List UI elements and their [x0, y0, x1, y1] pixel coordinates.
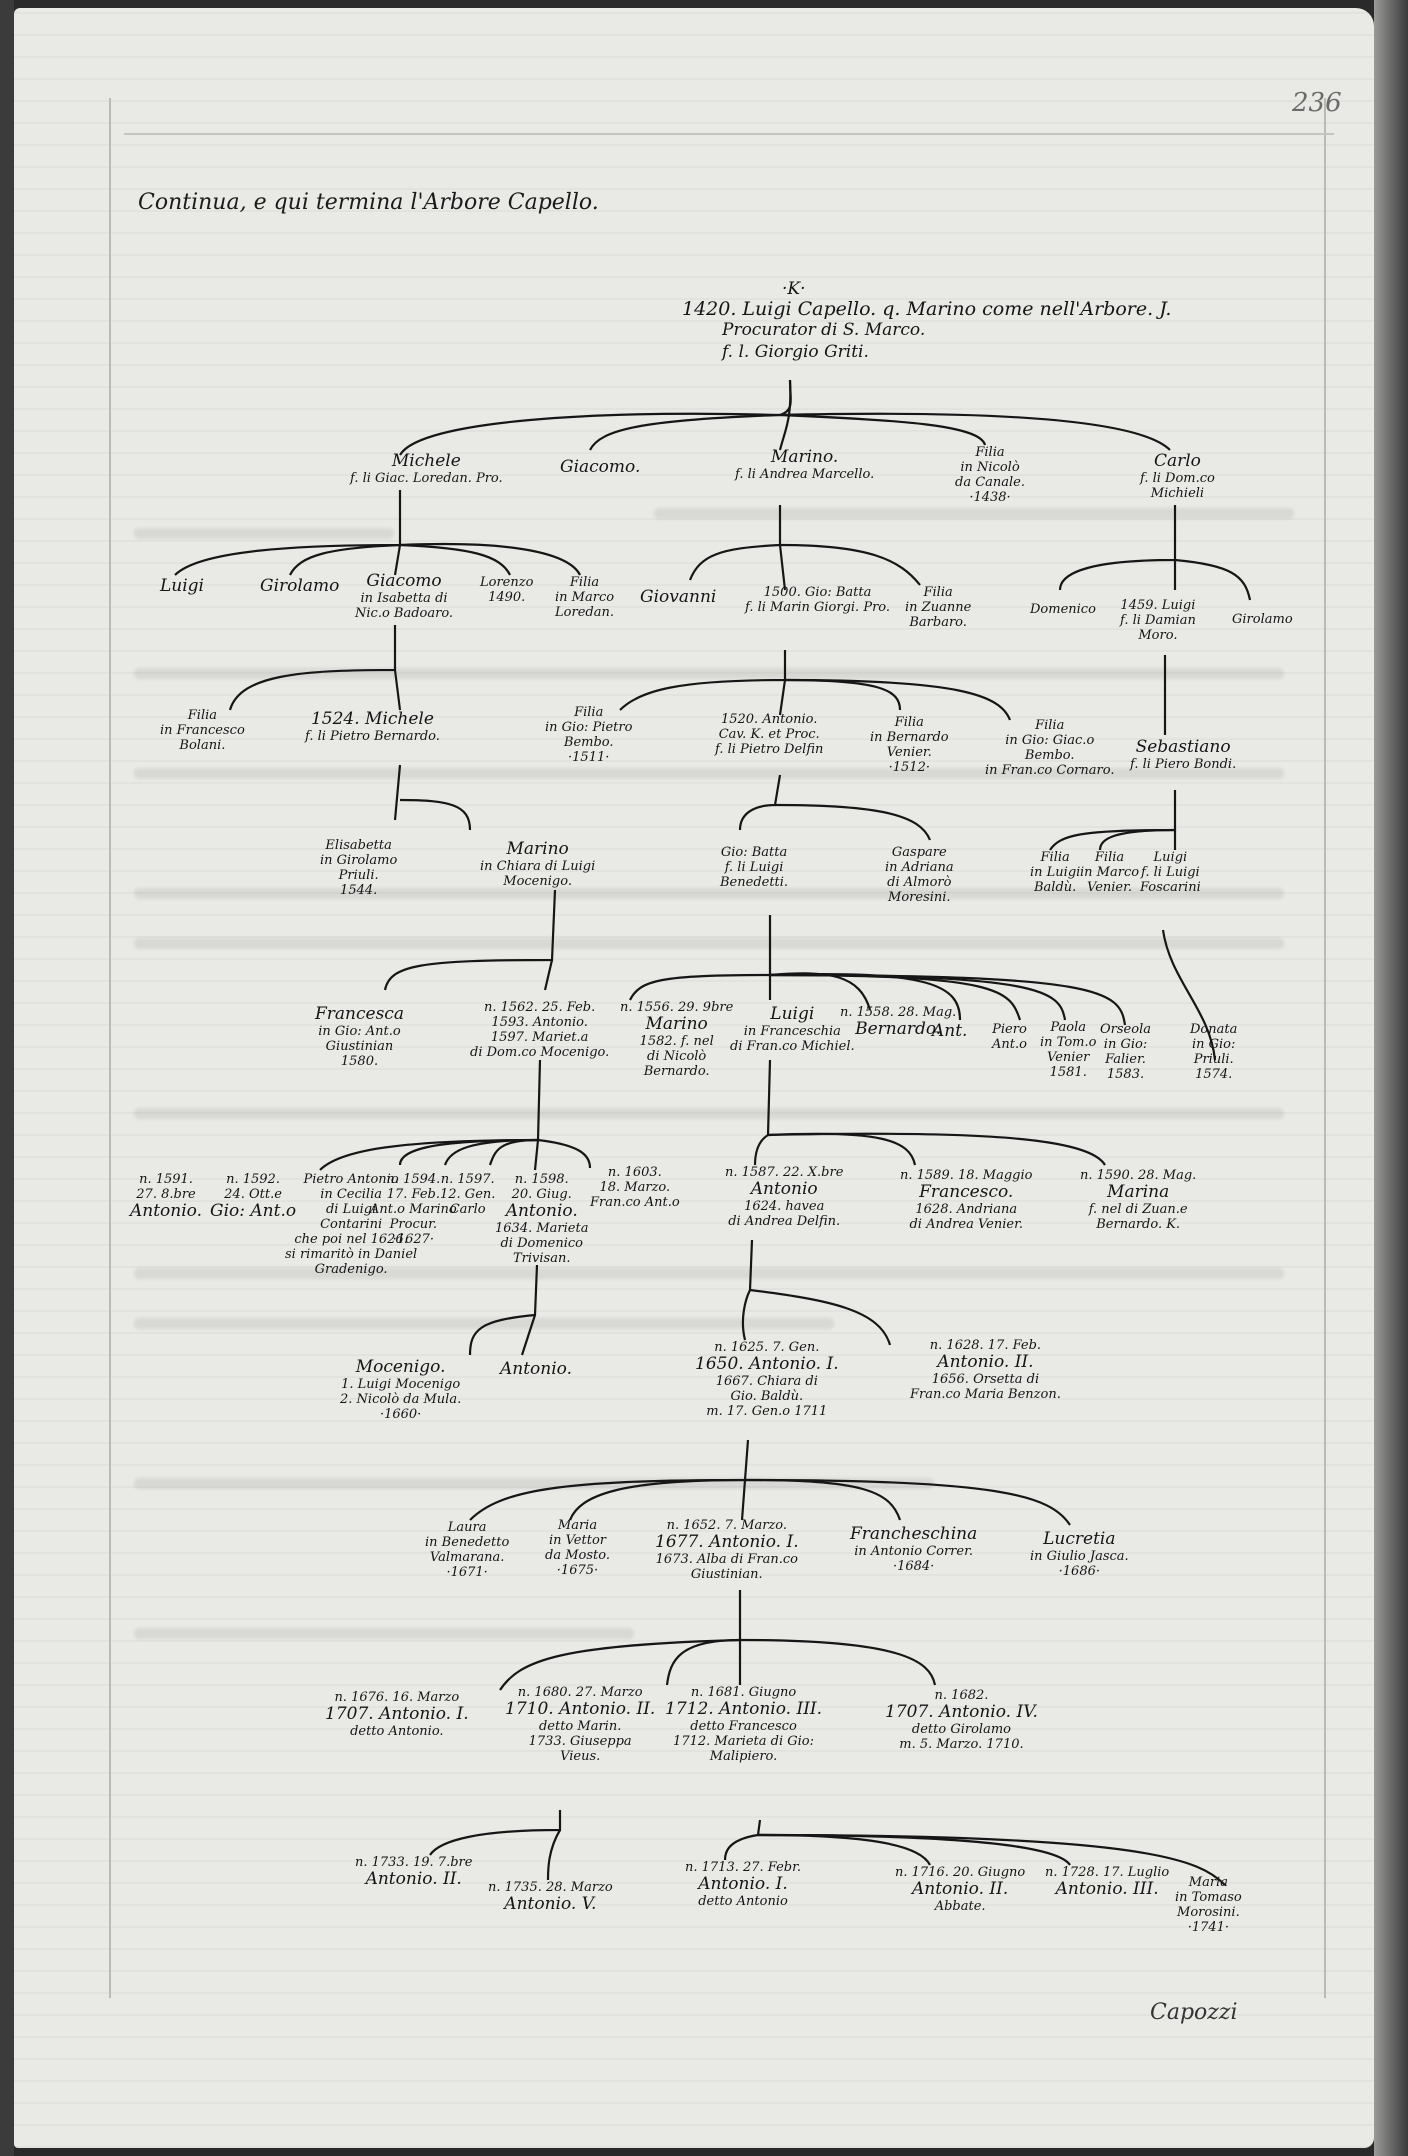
person-detail: n. 1592. — [210, 1172, 296, 1187]
person-detail: Priuli. — [320, 868, 397, 883]
person-name: Antonio. I. — [685, 1875, 801, 1894]
person-detail: Bembo. — [545, 735, 632, 750]
margin-rule-left — [109, 98, 111, 1998]
person-detail: ·1660· — [340, 1407, 461, 1422]
person-detail: in Francesco — [160, 723, 245, 738]
person-name: Antonio. — [500, 1360, 572, 1379]
person-detail: 1628. Andriana — [900, 1202, 1032, 1217]
bleed-through-text — [134, 1318, 834, 1329]
root-line: Procurator di S. Marco. — [682, 319, 1171, 341]
person-detail: Gradenigo. — [285, 1262, 417, 1277]
person-detail: da Mosto. — [545, 1548, 610, 1563]
person-node: Filiain BernardoVenier.·1512· — [870, 715, 949, 775]
person-detail: Bernardo. K. — [1080, 1217, 1196, 1232]
person-detail: ·1686· — [1030, 1564, 1129, 1579]
person-name: 1712. Antonio. III. — [665, 1700, 822, 1719]
person-detail: da Canale. — [955, 475, 1025, 490]
person-detail: Giustinian. — [655, 1567, 799, 1582]
person-node: Girolamo — [1232, 612, 1293, 627]
person-node: Mariain TomasoMorosini.·1741· — [1175, 1875, 1242, 1935]
person-node: Filiain Gio: PietroBembo.·1511· — [545, 705, 632, 765]
person-name: Mocenigo. — [340, 1358, 461, 1377]
person-detail: n. 1591. — [130, 1172, 202, 1187]
person-detail: Bernardo. — [620, 1064, 733, 1079]
person-detail: n. 1598. — [495, 1172, 588, 1187]
page-number: 236 — [1292, 88, 1342, 118]
person-detail: f. nel di Zuan.e — [1080, 1202, 1196, 1217]
person-name: Laura — [425, 1520, 509, 1535]
person-detail: n. 1603. — [590, 1165, 680, 1180]
person-name: Filia — [985, 718, 1114, 733]
person-node: n. 1625. 7. Gen.1650. Antonio. I.1667. C… — [695, 1340, 839, 1419]
person-node: 1524. Michelef. li Pietro Bernardo. — [305, 710, 440, 744]
person-detail: 1624. havea — [725, 1199, 843, 1214]
person-detail: in Gio: — [1100, 1037, 1151, 1052]
person-detail: 1673. Alba di Fran.co — [655, 1552, 799, 1567]
person-node: Francheschinain Antonio Correr.·1684· — [850, 1525, 977, 1574]
person-node: Luigif. li LuigiFoscarini — [1140, 850, 1201, 895]
person-name: Marino — [620, 1015, 733, 1034]
person-detail: f. li Piero Bondi. — [1130, 757, 1236, 772]
person-name: Girolamo — [260, 577, 339, 596]
person-node: Domenico — [1030, 602, 1096, 617]
scan-left-edge — [0, 0, 14, 2156]
person-detail: in Chiara di Luigi — [480, 859, 595, 874]
person-detail: 2. Nicolò da Mula. — [340, 1392, 461, 1407]
person-name: Gaspare — [885, 845, 954, 860]
bleed-through-text — [134, 1478, 934, 1489]
person-detail: Michieli — [1140, 486, 1215, 501]
person-detail: n. 1735. 28. Marzo — [488, 1880, 613, 1895]
person-detail: 1574. — [1190, 1067, 1237, 1082]
person-detail: 24. Ott.e — [210, 1187, 296, 1202]
person-detail: 1733. Giuseppa — [505, 1734, 655, 1749]
person-node: Orseolain Gio:Falier.1583. — [1100, 1022, 1151, 1082]
person-detail: 1582. f. nel — [620, 1034, 733, 1049]
person-name: 1677. Antonio. I. — [655, 1533, 799, 1552]
person-detail: Priuli. — [1190, 1052, 1237, 1067]
person-detail: n. 1713. 27. Febr. — [685, 1860, 801, 1875]
person-detail: in Adriana — [885, 860, 954, 875]
person-detail: in Fran.co Cornaro. — [985, 763, 1114, 778]
person-node: Filiain Nicolòda Canale.·1438· — [955, 445, 1025, 505]
person-name: Sebastiano — [1130, 738, 1236, 757]
person-detail: n. 1680. 27. Marzo — [505, 1685, 655, 1700]
person-detail: in Nicolò — [955, 460, 1025, 475]
person-detail: 1544. — [320, 883, 397, 898]
person-node: Elisabettain GirolamoPriuli.1544. — [320, 838, 397, 898]
person-detail: 12. Gen. — [440, 1187, 495, 1202]
person-name: Francesco. — [900, 1183, 1032, 1202]
person-name: Lucretia — [1030, 1530, 1129, 1549]
person-detail: di Domenico — [495, 1236, 588, 1251]
person-detail: Baldù. — [1030, 880, 1080, 895]
person-detail: f. li Andrea Marcello. — [735, 467, 874, 482]
person-node: n. 1735. 28. MarzoAntonio. V. — [488, 1880, 613, 1914]
person-detail: detto Antonio. — [325, 1724, 469, 1739]
person-detail: f. li Luigi — [1140, 865, 1201, 880]
person-detail: 18. Marzo. — [590, 1180, 680, 1195]
person-detail: in Bernardo — [870, 730, 949, 745]
person-detail: 1597. Mariet.a — [470, 1030, 609, 1045]
person-node: Lorenzo1490. — [480, 575, 533, 605]
person-detail: n. 1681. Giugno — [665, 1685, 822, 1700]
person-detail: Valmarana. — [425, 1550, 509, 1565]
person-detail: Gio. Baldù. — [695, 1389, 839, 1404]
person-detail: ·1671· — [425, 1565, 509, 1580]
person-node: Marino.f. li Andrea Marcello. — [735, 448, 874, 482]
person-detail: n. 1682. — [885, 1688, 1038, 1703]
person-node: n. 1733. 19. 7.breAntonio. II. — [355, 1855, 472, 1889]
person-detail: Loredan. — [555, 605, 614, 620]
bleed-through-text — [134, 668, 1284, 679]
person-node: Francescain Gio: Ant.oGiustinian1580. — [315, 1005, 404, 1069]
person-detail: 1580. — [315, 1054, 404, 1069]
person-detail: n. 1652. 7. Marzo. — [655, 1518, 799, 1533]
person-name: Donata — [1190, 1022, 1237, 1037]
person-name: Carlo — [440, 1202, 495, 1217]
person-name: 1524. Michele — [305, 710, 440, 729]
person-detail: in Tomaso — [1175, 1890, 1242, 1905]
person-node: n. 1591.27. 8.breAntonio. — [130, 1172, 202, 1221]
person-detail: Fran.co Maria Benzon. — [910, 1387, 1061, 1402]
person-detail: n. 1625. 7. Gen. — [695, 1340, 839, 1355]
person-name: Carlo — [1140, 452, 1215, 471]
person-name: Luigi — [160, 577, 204, 596]
person-node: n. 1587. 22. X.breAntonio1624. haveadi A… — [725, 1165, 843, 1229]
root-mark: ·K· — [682, 278, 1171, 300]
person-name: Lorenzo — [480, 575, 533, 590]
person-name: Francheschina — [850, 1525, 977, 1544]
person-node: n. 1728. 17. LuglioAntonio. III. — [1045, 1865, 1169, 1899]
person-detail: n. 1589. 18. Maggio — [900, 1168, 1032, 1183]
person-name: Luigi — [1140, 850, 1201, 865]
person-detail: 1490. — [480, 590, 533, 605]
person-node: Giacomoin Isabetta diNic.o Badoaro. — [355, 572, 453, 621]
margin-rule-right — [1324, 98, 1326, 1998]
person-detail: ·1511· — [545, 750, 632, 765]
person-node: Mocenigo.1. Luigi Mocenigo2. Nicolò da M… — [340, 1358, 461, 1422]
person-detail: n. 1558. 28. Mag. — [840, 1005, 956, 1020]
person-node: n. 1598.20. Giug.Antonio.1634. Marietadi… — [495, 1172, 588, 1266]
person-name: 1520. Antonio. — [715, 712, 823, 727]
person-detail: in Gio: Pietro — [545, 720, 632, 735]
person-detail: in Gio: Ant.o — [315, 1024, 404, 1039]
person-node: n. 1590. 28. Mag.Marinaf. nel di Zuan.eB… — [1080, 1168, 1196, 1232]
person-node: n. 1681. Giugno1712. Antonio. III.detto … — [665, 1685, 822, 1764]
person-detail: Ant.o — [992, 1037, 1027, 1052]
person-node: Giovanni — [640, 588, 716, 607]
person-name: Filia — [905, 585, 971, 600]
person-name: 1710. Antonio. II. — [505, 1700, 655, 1719]
person-node: 1459. Luigif. li DamianMoro. — [1120, 598, 1196, 643]
person-detail: in Luigi — [1030, 865, 1080, 880]
bleed-through-text — [134, 1108, 1284, 1119]
person-detail: in Marco — [1080, 865, 1139, 880]
person-name: Francesca — [315, 1005, 404, 1024]
person-name: Elisabetta — [320, 838, 397, 853]
person-node: PieroAnt.o — [992, 1022, 1027, 1052]
bleed-through-text — [134, 1628, 634, 1639]
person-node: n. 1562. 25. Feb.1593. Antonio.1597. Mar… — [470, 1000, 609, 1060]
person-detail: n. 1587. 22. X.bre — [725, 1165, 843, 1180]
person-node: Luigiin Franceschiadi Fran.co Michiel. — [730, 1005, 855, 1054]
person-name: Domenico — [1030, 602, 1096, 617]
person-node: Donatain Gio:Priuli.1574. — [1190, 1022, 1237, 1082]
person-node: Antonio. — [500, 1360, 572, 1379]
person-detail: in Gio: Giac.o — [985, 733, 1114, 748]
person-detail: Barbaro. — [905, 615, 971, 630]
person-detail: 1712. Marieta di Gio: — [665, 1734, 822, 1749]
person-detail: n. 1676. 16. Marzo — [325, 1690, 469, 1705]
person-detail: Abbate. — [895, 1899, 1025, 1914]
person-node: n. 1592.24. Ott.eGio: Ant.o — [210, 1172, 296, 1221]
person-detail: n. 1628. 17. Feb. — [910, 1338, 1061, 1353]
person-detail: in Giulio Jasca. — [1030, 1549, 1129, 1564]
person-detail: ·1627· — [370, 1232, 457, 1247]
person-name: Gio: Ant.o — [210, 1202, 296, 1221]
person-detail: Vieus. — [505, 1749, 655, 1764]
person-detail: di Fran.co Michiel. — [730, 1039, 855, 1054]
person-detail: detto Girolamo — [885, 1722, 1038, 1737]
person-name: Filia — [955, 445, 1025, 460]
person-detail: n. 1562. 25. Feb. — [470, 1000, 609, 1015]
person-detail: 1583. — [1100, 1067, 1151, 1082]
person-name: Girolamo — [1232, 612, 1293, 627]
person-node: n. 1603.18. Marzo.Fran.co Ant.o — [590, 1165, 680, 1210]
person-detail: n. 1716. 20. Giugno — [895, 1865, 1025, 1880]
person-name: Marino — [480, 840, 595, 859]
archivist-signature: Capozzi — [1150, 2000, 1238, 2025]
person-node: Ant. — [932, 1022, 967, 1041]
person-detail: Benedetti. — [720, 875, 788, 890]
person-detail: in Zuanne — [905, 600, 971, 615]
person-detail: in Franceschia — [730, 1024, 855, 1039]
person-detail: in Girolamo — [320, 853, 397, 868]
person-node: Gio: Battaf. li LuigiBenedetti. — [720, 845, 788, 890]
person-detail: in Antonio Correr. — [850, 1544, 977, 1559]
margin-rule-top — [124, 133, 1334, 135]
person-name: Antonio. — [495, 1202, 588, 1221]
person-name: 1500. Gio: Batta — [745, 585, 890, 600]
person-detail: ·1438· — [955, 490, 1025, 505]
person-node: Filiain LuigiBaldù. — [1030, 850, 1080, 895]
person-detail: Morosini. — [1175, 1905, 1242, 1920]
person-name: Filia — [545, 705, 632, 720]
person-node: Mariain Vettorda Mosto.·1675· — [545, 1518, 610, 1578]
scan-right-edge — [1374, 0, 1408, 2156]
person-detail: in Benedetto — [425, 1535, 509, 1550]
person-detail: ·1684· — [850, 1559, 977, 1574]
person-node: 1500. Gio: Battaf. li Marin Giorgi. Pro. — [745, 585, 890, 615]
person-detail: n. 1556. 29. 9bre — [620, 1000, 733, 1015]
person-node: n. 1597.12. Gen.Carlo — [440, 1172, 495, 1217]
person-node: Girolamo — [260, 577, 339, 596]
person-name: Antonio. II. — [355, 1870, 472, 1889]
person-node: Filiain MarcoVenier. — [1080, 850, 1139, 895]
person-node: Paolain Tom.oVenier1581. — [1040, 1020, 1096, 1080]
person-name: Maria — [545, 1518, 610, 1533]
person-name: 1707. Antonio. I. — [325, 1705, 469, 1724]
person-node: n. 1628. 17. Feb.Antonio. II.1656. Orset… — [910, 1338, 1061, 1402]
person-name: Marino. — [735, 448, 874, 467]
person-name: Giacomo — [355, 572, 453, 591]
person-detail: in Gio: — [1190, 1037, 1237, 1052]
person-node: Lucretiain Giulio Jasca.·1686· — [1030, 1530, 1129, 1579]
person-detail: Venier. — [1080, 880, 1139, 895]
person-node: Filiain Gio: Giac.oBembo.in Fran.co Corn… — [985, 718, 1114, 778]
person-detail: 1593. Antonio. — [470, 1015, 609, 1030]
person-detail: f. li Damian — [1120, 613, 1196, 628]
person-name: Giacomo. — [560, 458, 640, 477]
person-detail: in Vettor — [545, 1533, 610, 1548]
person-name: Giovanni — [640, 588, 716, 607]
person-detail: si rimaritò in Daniel — [285, 1247, 417, 1262]
person-name: Antonio — [725, 1180, 843, 1199]
person-name: Antonio. II. — [910, 1353, 1061, 1372]
person-detail: di Andrea Venier. — [900, 1217, 1032, 1232]
person-name: Filia — [1080, 850, 1139, 865]
person-detail: f. li Pietro Bernardo. — [305, 729, 440, 744]
person-name: Filia — [870, 715, 949, 730]
person-detail: Moro. — [1120, 628, 1196, 643]
person-node: n. 1676. 16. Marzo1707. Antonio. I.detto… — [325, 1690, 469, 1739]
person-detail: ·1741· — [1175, 1920, 1242, 1935]
person-detail: n. 1733. 19. 7.bre — [355, 1855, 472, 1870]
person-node: Filiain MarcoLoredan. — [555, 575, 614, 620]
person-node: Filiain ZuanneBarbaro. — [905, 585, 971, 630]
person-detail: Nic.o Badoaro. — [355, 606, 453, 621]
person-detail: detto Francesco — [665, 1719, 822, 1734]
person-name: Marina — [1080, 1183, 1196, 1202]
person-node: Gasparein Adrianadi AlmoròMoresini. — [885, 845, 954, 905]
person-detail: n. 1597. — [440, 1172, 495, 1187]
root-node-luigi-capello: ·K· 1420. Luigi Capello. q. Marino come … — [682, 278, 1171, 363]
person-name: Antonio. V. — [488, 1895, 613, 1914]
person-detail: Procur. — [370, 1217, 457, 1232]
person-detail: Venier — [1040, 1050, 1096, 1065]
person-detail: di Dom.co Mocenigo. — [470, 1045, 609, 1060]
root-line: f. l. Giorgio Griti. — [682, 341, 1171, 363]
person-detail: di Almorò — [885, 875, 954, 890]
person-node: Luigi — [160, 577, 204, 596]
person-detail: di Nicolò — [620, 1049, 733, 1064]
bleed-through-text — [654, 508, 1294, 519]
person-node: Sebastianof. li Piero Bondi. — [1130, 738, 1236, 772]
person-name: Paola — [1040, 1020, 1096, 1035]
page-heading: Continua, e qui termina l'Arbore Capello… — [138, 190, 599, 215]
person-node: Laurain BenedettoValmarana.·1671· — [425, 1520, 509, 1580]
person-detail: f. li Pietro Delfin — [715, 742, 823, 757]
person-detail: Venier. — [870, 745, 949, 760]
person-name: Filia — [555, 575, 614, 590]
person-detail: Falier. — [1100, 1052, 1151, 1067]
person-node: n. 1556. 29. 9breMarino1582. f. neldi Ni… — [620, 1000, 733, 1079]
person-detail: 1. Luigi Mocenigo — [340, 1377, 461, 1392]
person-node: Filiain FrancescoBolani. — [160, 708, 245, 753]
person-name: Antonio. II. — [895, 1880, 1025, 1899]
person-name: Michele — [350, 452, 503, 471]
person-detail: 1667. Chiara di — [695, 1374, 839, 1389]
person-detail: in Marco — [555, 590, 614, 605]
person-detail: Bembo. — [985, 748, 1114, 763]
person-detail: 27. 8.bre — [130, 1187, 202, 1202]
person-detail: Foscarini — [1140, 880, 1201, 895]
person-detail: n. 1728. 17. Luglio — [1045, 1865, 1169, 1880]
person-node: Carlof. li Dom.coMichieli — [1140, 452, 1215, 501]
person-name: Ant. — [932, 1022, 967, 1041]
person-name: 1459. Luigi — [1120, 598, 1196, 613]
root-line: 1420. Luigi Capello. q. Marino come nell… — [682, 300, 1171, 319]
person-node: n. 1680. 27. Marzo1710. Antonio. II.dett… — [505, 1685, 655, 1764]
person-detail: f. li Marin Giorgi. Pro. — [745, 600, 890, 615]
person-detail: f. li Dom.co — [1140, 471, 1215, 486]
person-node: Giacomo. — [560, 458, 640, 477]
person-name: Fran.co Ant.o — [590, 1195, 680, 1210]
person-node: Marinoin Chiara di LuigiMocenigo. — [480, 840, 595, 889]
person-detail: n. 1590. 28. Mag. — [1080, 1168, 1196, 1183]
person-node: n. 1652. 7. Marzo.1677. Antonio. I.1673.… — [655, 1518, 799, 1582]
person-name: 1650. Antonio. I. — [695, 1355, 839, 1374]
person-detail: in Tom.o — [1040, 1035, 1096, 1050]
person-detail: m. 17. Gen.o 1711 — [695, 1404, 839, 1419]
person-detail: di Andrea Delfin. — [725, 1214, 843, 1229]
person-name: Piero — [992, 1022, 1027, 1037]
person-detail: 20. Giug. — [495, 1187, 588, 1202]
person-detail: Giustinian — [315, 1039, 404, 1054]
bleed-through-text — [134, 938, 1284, 949]
person-detail: 1581. — [1040, 1065, 1096, 1080]
person-node: n. 1716. 20. GiugnoAntonio. II.Abbate. — [895, 1865, 1025, 1914]
person-name: 1707. Antonio. IV. — [885, 1703, 1038, 1722]
person-detail: detto Marin. — [505, 1719, 655, 1734]
person-name: Filia — [1030, 850, 1080, 865]
person-name: Antonio. — [130, 1202, 202, 1221]
person-detail: f. li Luigi — [720, 860, 788, 875]
person-name: Antonio. III. — [1045, 1880, 1169, 1899]
person-name: Luigi — [730, 1005, 855, 1024]
person-name: Gio: Batta — [720, 845, 788, 860]
person-node: Michelef. li Giac. Loredan. Pro. — [350, 452, 503, 486]
person-detail: Bolani. — [160, 738, 245, 753]
person-detail: Malipiero. — [665, 1749, 822, 1764]
person-node: n. 1713. 27. Febr.Antonio. I.detto Anton… — [685, 1860, 801, 1909]
person-detail: 1656. Orsetta di — [910, 1372, 1061, 1387]
person-detail: in Isabetta di — [355, 591, 453, 606]
person-name: Filia — [160, 708, 245, 723]
person-detail: m. 5. Marzo. 1710. — [885, 1737, 1038, 1752]
bleed-through-text — [134, 528, 394, 539]
person-node: n. 1589. 18. MaggioFrancesco.1628. Andri… — [900, 1168, 1032, 1232]
person-detail: Mocenigo. — [480, 874, 595, 889]
person-node: n. 1682.1707. Antonio. IV.detto Girolamo… — [885, 1688, 1038, 1752]
person-detail: f. li Giac. Loredan. Pro. — [350, 471, 503, 486]
person-node: 1520. Antonio.Cav. K. et Proc.f. li Piet… — [715, 712, 823, 757]
person-detail: detto Antonio — [685, 1894, 801, 1909]
person-detail: Cav. K. et Proc. — [715, 727, 823, 742]
person-name: Maria — [1175, 1875, 1242, 1890]
person-detail: Moresini. — [885, 890, 954, 905]
person-detail: 1634. Marieta — [495, 1221, 588, 1236]
person-detail: ·1512· — [870, 760, 949, 775]
person-name: Orseola — [1100, 1022, 1151, 1037]
person-detail: ·1675· — [545, 1563, 610, 1578]
person-detail: Trivisan. — [495, 1251, 588, 1266]
